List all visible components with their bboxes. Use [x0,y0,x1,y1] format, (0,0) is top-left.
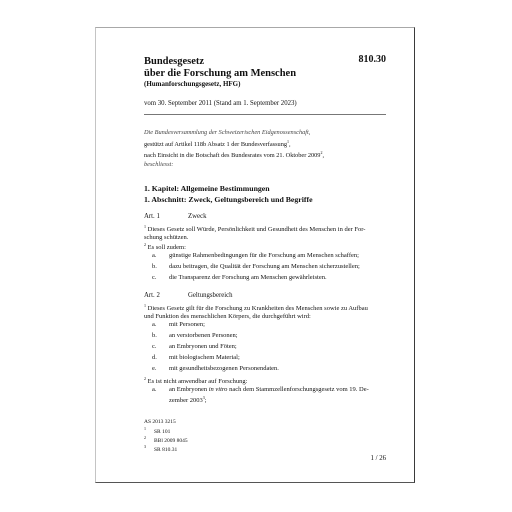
article-2-para-1: 1 Dieses Gesetz gilt für die Forschung z… [144,302,368,322]
sr-number: 810.30 [359,54,387,65]
list-item: c.die Transparenz der Forschung am Mensc… [152,274,157,281]
footnote-ref[interactable]: 1 [287,139,289,144]
article-1-heading: Art. 1 Zweck [144,213,160,220]
footnote[interactable]: 2BBl 2009 8045 [144,435,188,444]
list-item: a.günstige Rahmenbedingungen für die For… [152,252,157,259]
list-item: b.dazu beitragen, die Qualität der Forsc… [152,263,157,270]
section-heading: 1. Abschnitt: Zweck, Geltungsbereich und… [144,195,313,204]
list-item: a. an Embryonen in vitro nach dem Stammz… [152,386,157,394]
preamble: Die Bundesversammlung der Schweizerische… [144,129,324,169]
footnote[interactable]: 3SR 810.31 [144,444,188,453]
list-item: d.mit biologischem Material; [152,354,157,361]
article-1-para-1: 1 Dieses Gesetz soll Würde, Persönlichke… [144,223,365,243]
list-item: e.mit gesundheitsbezogenen Personendaten… [152,365,157,372]
document-page: 810.30 Bundesgesetz über die Forschung a… [95,27,415,483]
chapter-heading: 1. Kapitel: Allgemeine Bestimmungen [144,184,270,193]
document-title: Bundesgesetz über die Forschung am Mensc… [144,56,296,80]
list-item: c.an Embryonen und Föten; [152,343,157,350]
document-date: vom 30. September 2011 (Stand am 1. Sept… [144,100,297,107]
article-2-para-2: 2 Es ist nicht anwendbar auf Forschung: [144,375,247,386]
page-indicator: 1 / 26 [371,455,386,462]
list-item: a.mit Personen; [152,321,157,328]
article-2-heading: Art. 2 Geltungsbereich [144,292,160,299]
document-short-title: (Humanforschungsgesetz, HFG) [144,80,240,88]
list-item: b.an verstorbenen Personen; [152,332,157,339]
footnote-ref[interactable]: 2 [320,150,322,155]
divider [144,114,386,115]
article-1-para-2: 2 Es soll zudem: [144,241,186,252]
footnotes: AS 2013 3215 1SR 101 2BBl 2009 8045 3SR … [144,419,188,453]
footnote[interactable]: 1SR 101 [144,426,188,435]
